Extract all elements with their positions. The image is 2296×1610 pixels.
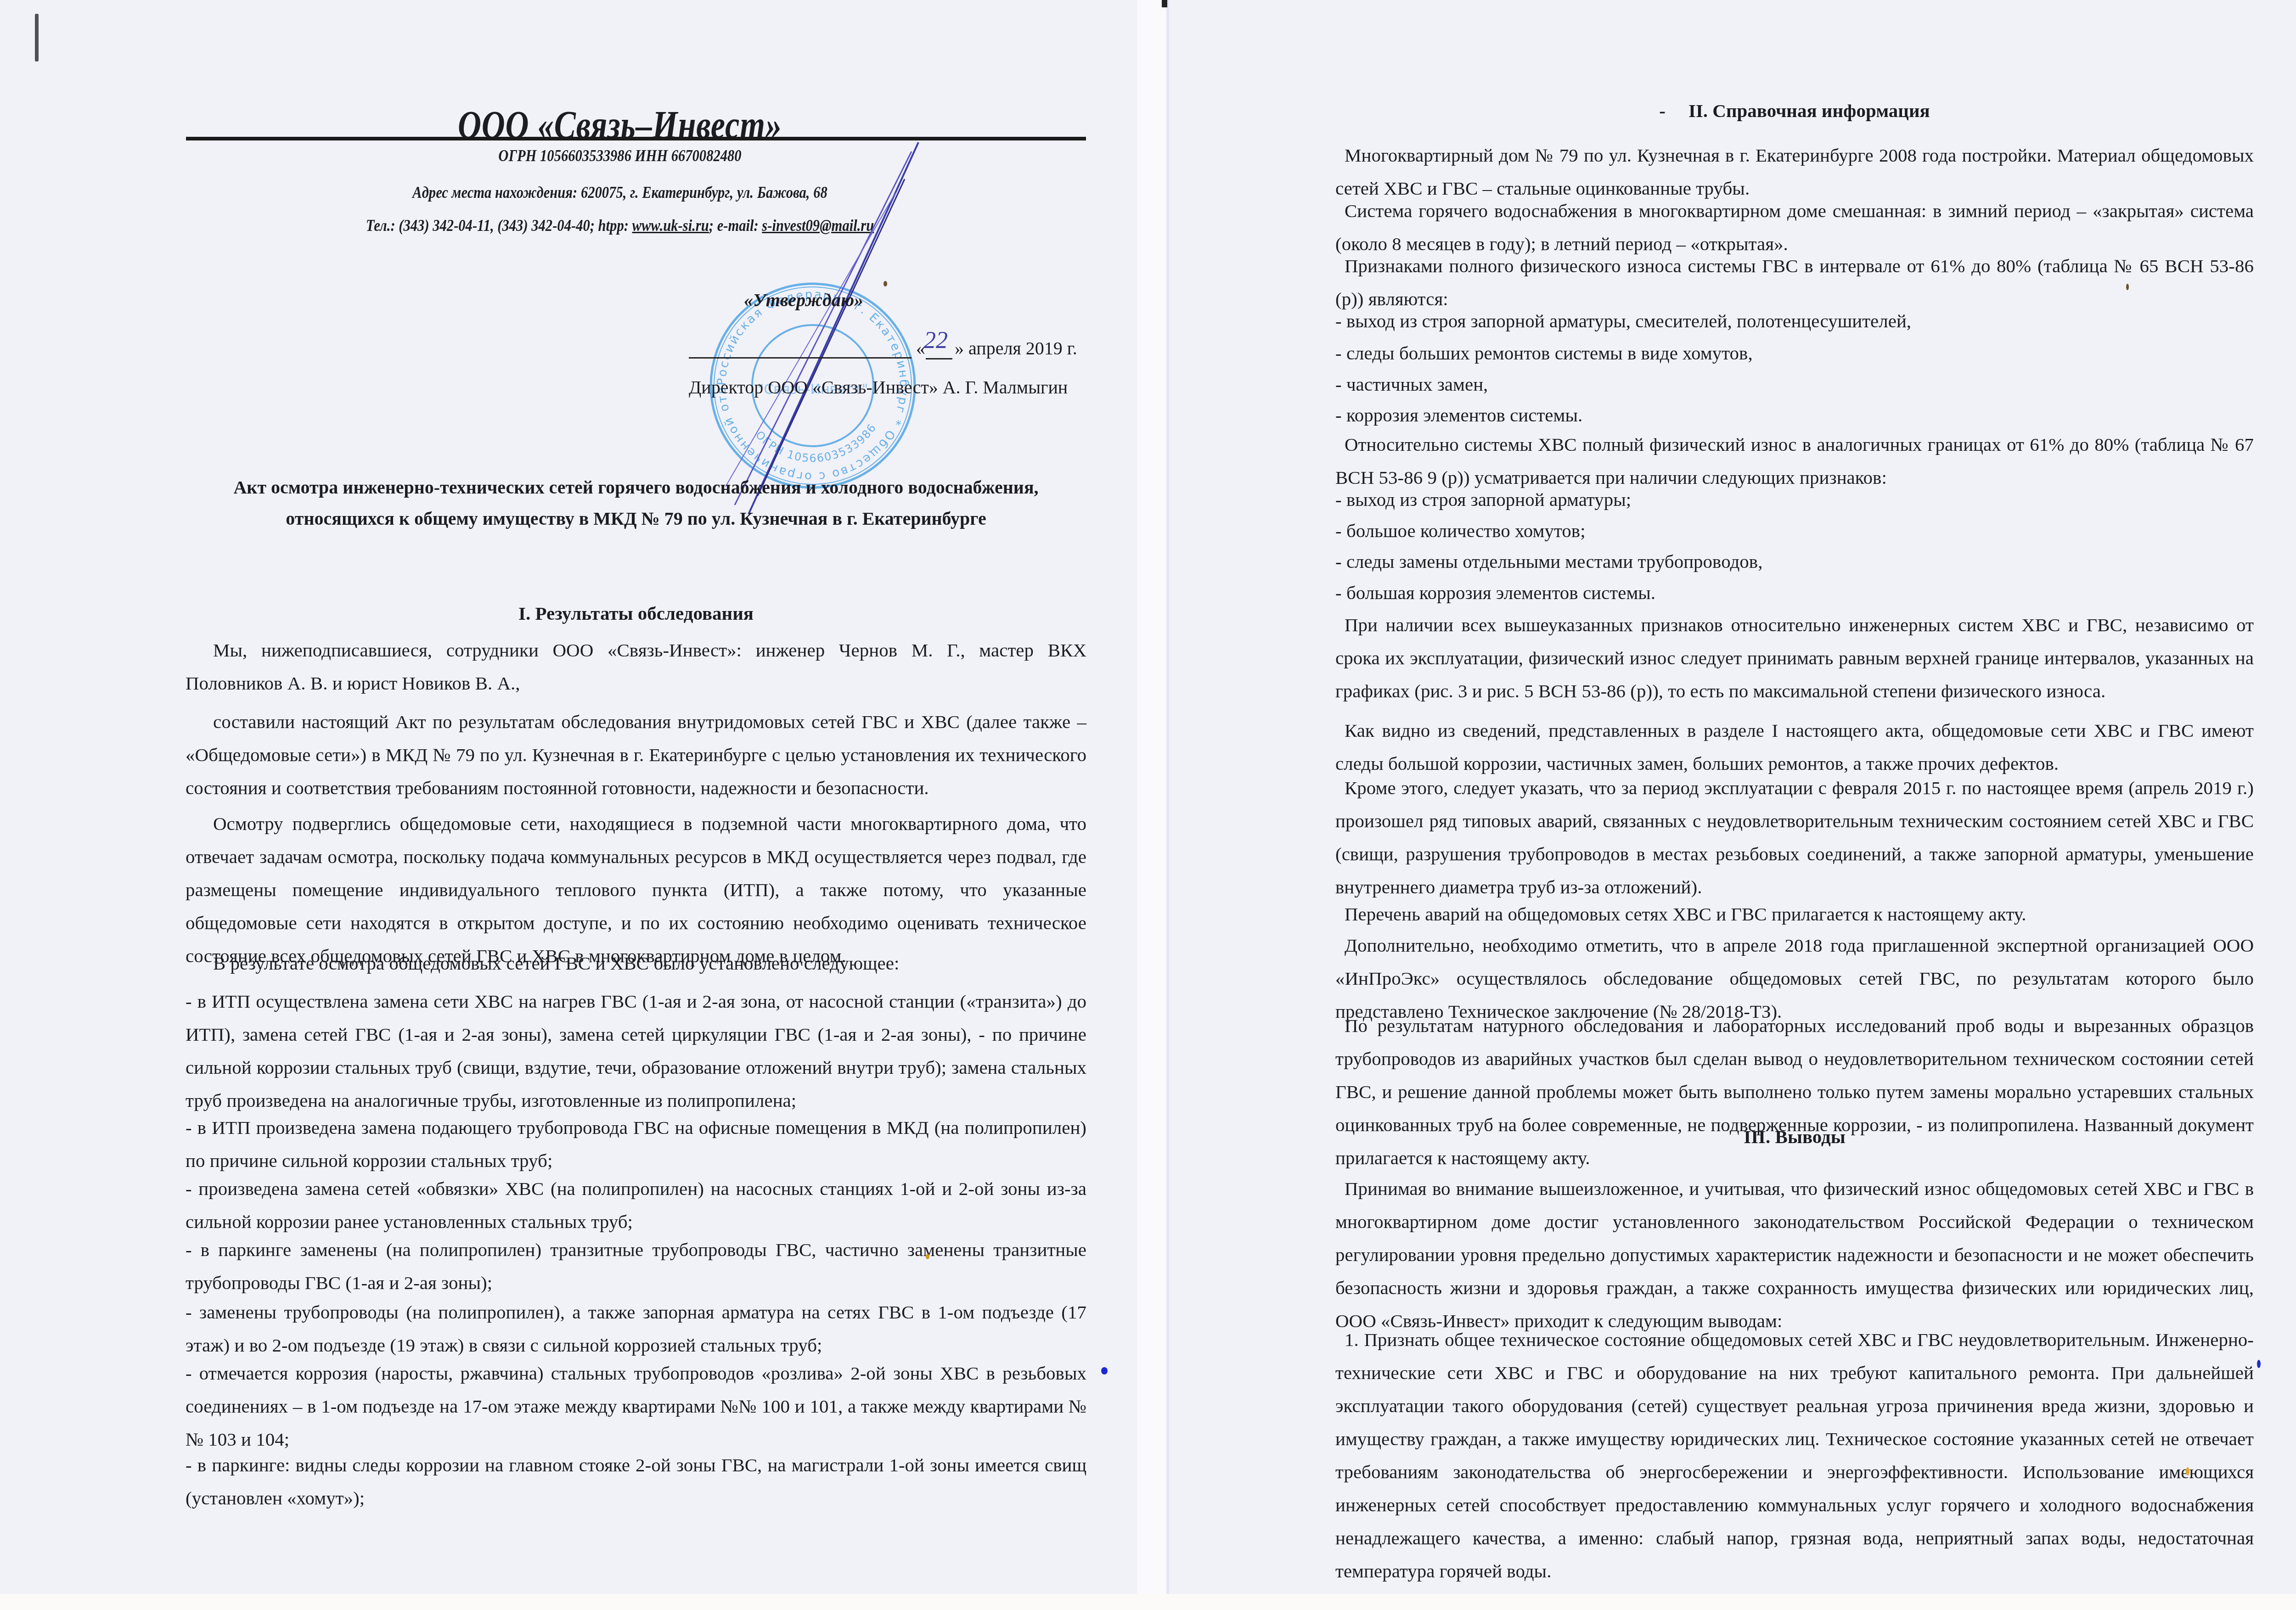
letterhead-rule — [186, 137, 1086, 140]
finding-item: - заменены трубопроводы (на полипропилен… — [186, 1296, 1086, 1362]
scan-spot-mark — [2126, 284, 2129, 290]
section1-intro-participants: Мы, нижеподписавшиеся, сотрудники ООО «С… — [186, 634, 1086, 700]
email-label: ; e-mail: — [709, 216, 762, 235]
conclusion-item: 1. Признать общее техническое состояние … — [1335, 1323, 2254, 1588]
gvs-sign-item: - коррозия элементов системы. — [1335, 398, 2254, 432]
section2-defects-summary: Как видно из сведений, представленных в … — [1335, 714, 2254, 780]
hvs-sign-item: - большое количество хомутов; — [1335, 514, 2254, 547]
ink-dot-mark — [2257, 1360, 2261, 1368]
section2-accident-list-note: Перечень аварий на общедомовых сетях ХВС… — [1335, 898, 2254, 931]
finding-item: - в ИТП произведена замена подающего тру… — [186, 1111, 1086, 1177]
hvs-sign-item: - большая коррозия элементов системы. — [1335, 576, 2254, 609]
finding-item: - в паркинге заменены (на полипропилен) … — [186, 1233, 1086, 1299]
scan-spot-mark — [2186, 1467, 2189, 1475]
scan-bottom-edge — [0, 1594, 2296, 1610]
ink-dot-mark — [1101, 1367, 1108, 1374]
section3-heading: III. Выводы — [1335, 1120, 2254, 1153]
scan-spot-mark — [884, 281, 887, 286]
hvs-sign-item: - выход из строя запорной арматуры; — [1335, 483, 2254, 516]
phones: Тел.: (343) 342-04-11, (343) 342-04-40; … — [366, 216, 632, 235]
approval-label: «Утверждаю» — [716, 289, 891, 311]
company-contacts: Тел.: (343) 342-04-11, (343) 342-04-40; … — [210, 216, 1030, 235]
finding-item: - в ИТП осуществлена замена сети ХВС на … — [186, 985, 1086, 1117]
scan-spot-mark — [926, 1254, 929, 1259]
gvs-sign-item: - следы больших ремонтов системы в виде … — [1335, 337, 2254, 370]
finding-item: - произведена замена сетей «обвязки» ХВС… — [186, 1172, 1086, 1238]
page-gutter — [1137, 0, 1166, 1594]
staple-icon — [35, 14, 39, 62]
section1-findings-intro: В результате осмотра общедомовых сетей Г… — [186, 947, 1086, 980]
hvs-sign-item: - следы замены отдельными местами трубоп… — [1335, 545, 2254, 578]
company-registration: ОГРН 1056603533986 ИНН 6670082480 — [210, 146, 1030, 165]
section1-intro-purpose: составили настоящий Акт по результатам о… — [186, 705, 1086, 804]
section1-heading: I. Результаты обследования — [186, 597, 1086, 630]
company-address: Адрес места нахождения: 620075, г. Екате… — [210, 183, 1030, 202]
director-signatory: Директор ООО «Связь-Инвест» А. Г. Малмыг… — [689, 376, 1068, 398]
date-day-underline — [926, 358, 952, 359]
website-link[interactable]: www.uk-si.ru — [632, 216, 709, 235]
company-name: ООО «Связь–Инвест» — [225, 102, 1015, 148]
email-link[interactable]: s-invest09@mail.ru — [762, 216, 874, 235]
document-title: Акт осмотра инженерно-технических сетей … — [186, 472, 1086, 534]
section2-wear-assessment: При наличии всех вышеуказанных признаков… — [1335, 608, 2254, 707]
gvs-sign-item: - выход из строя запорной арматуры, смес… — [1335, 304, 2254, 337]
section3-preamble: Принимая во внимание вышеизложенное, и у… — [1335, 1172, 2254, 1337]
handwritten-day: 22 — [924, 327, 948, 354]
finding-item: - отмечается коррозия (наросты, ржавчина… — [186, 1357, 1086, 1456]
section2-heading: -II. Справочная информация — [1335, 94, 2254, 127]
signature-line — [689, 357, 912, 359]
finding-item: - в паркинге: видны следы коррозии на гл… — [186, 1448, 1086, 1515]
gvs-sign-item: - частичных замен, — [1335, 368, 2254, 401]
staple-icon — [1162, 0, 1167, 7]
section2-accidents: Кроме этого, следует указать, что за пер… — [1335, 771, 2254, 903]
